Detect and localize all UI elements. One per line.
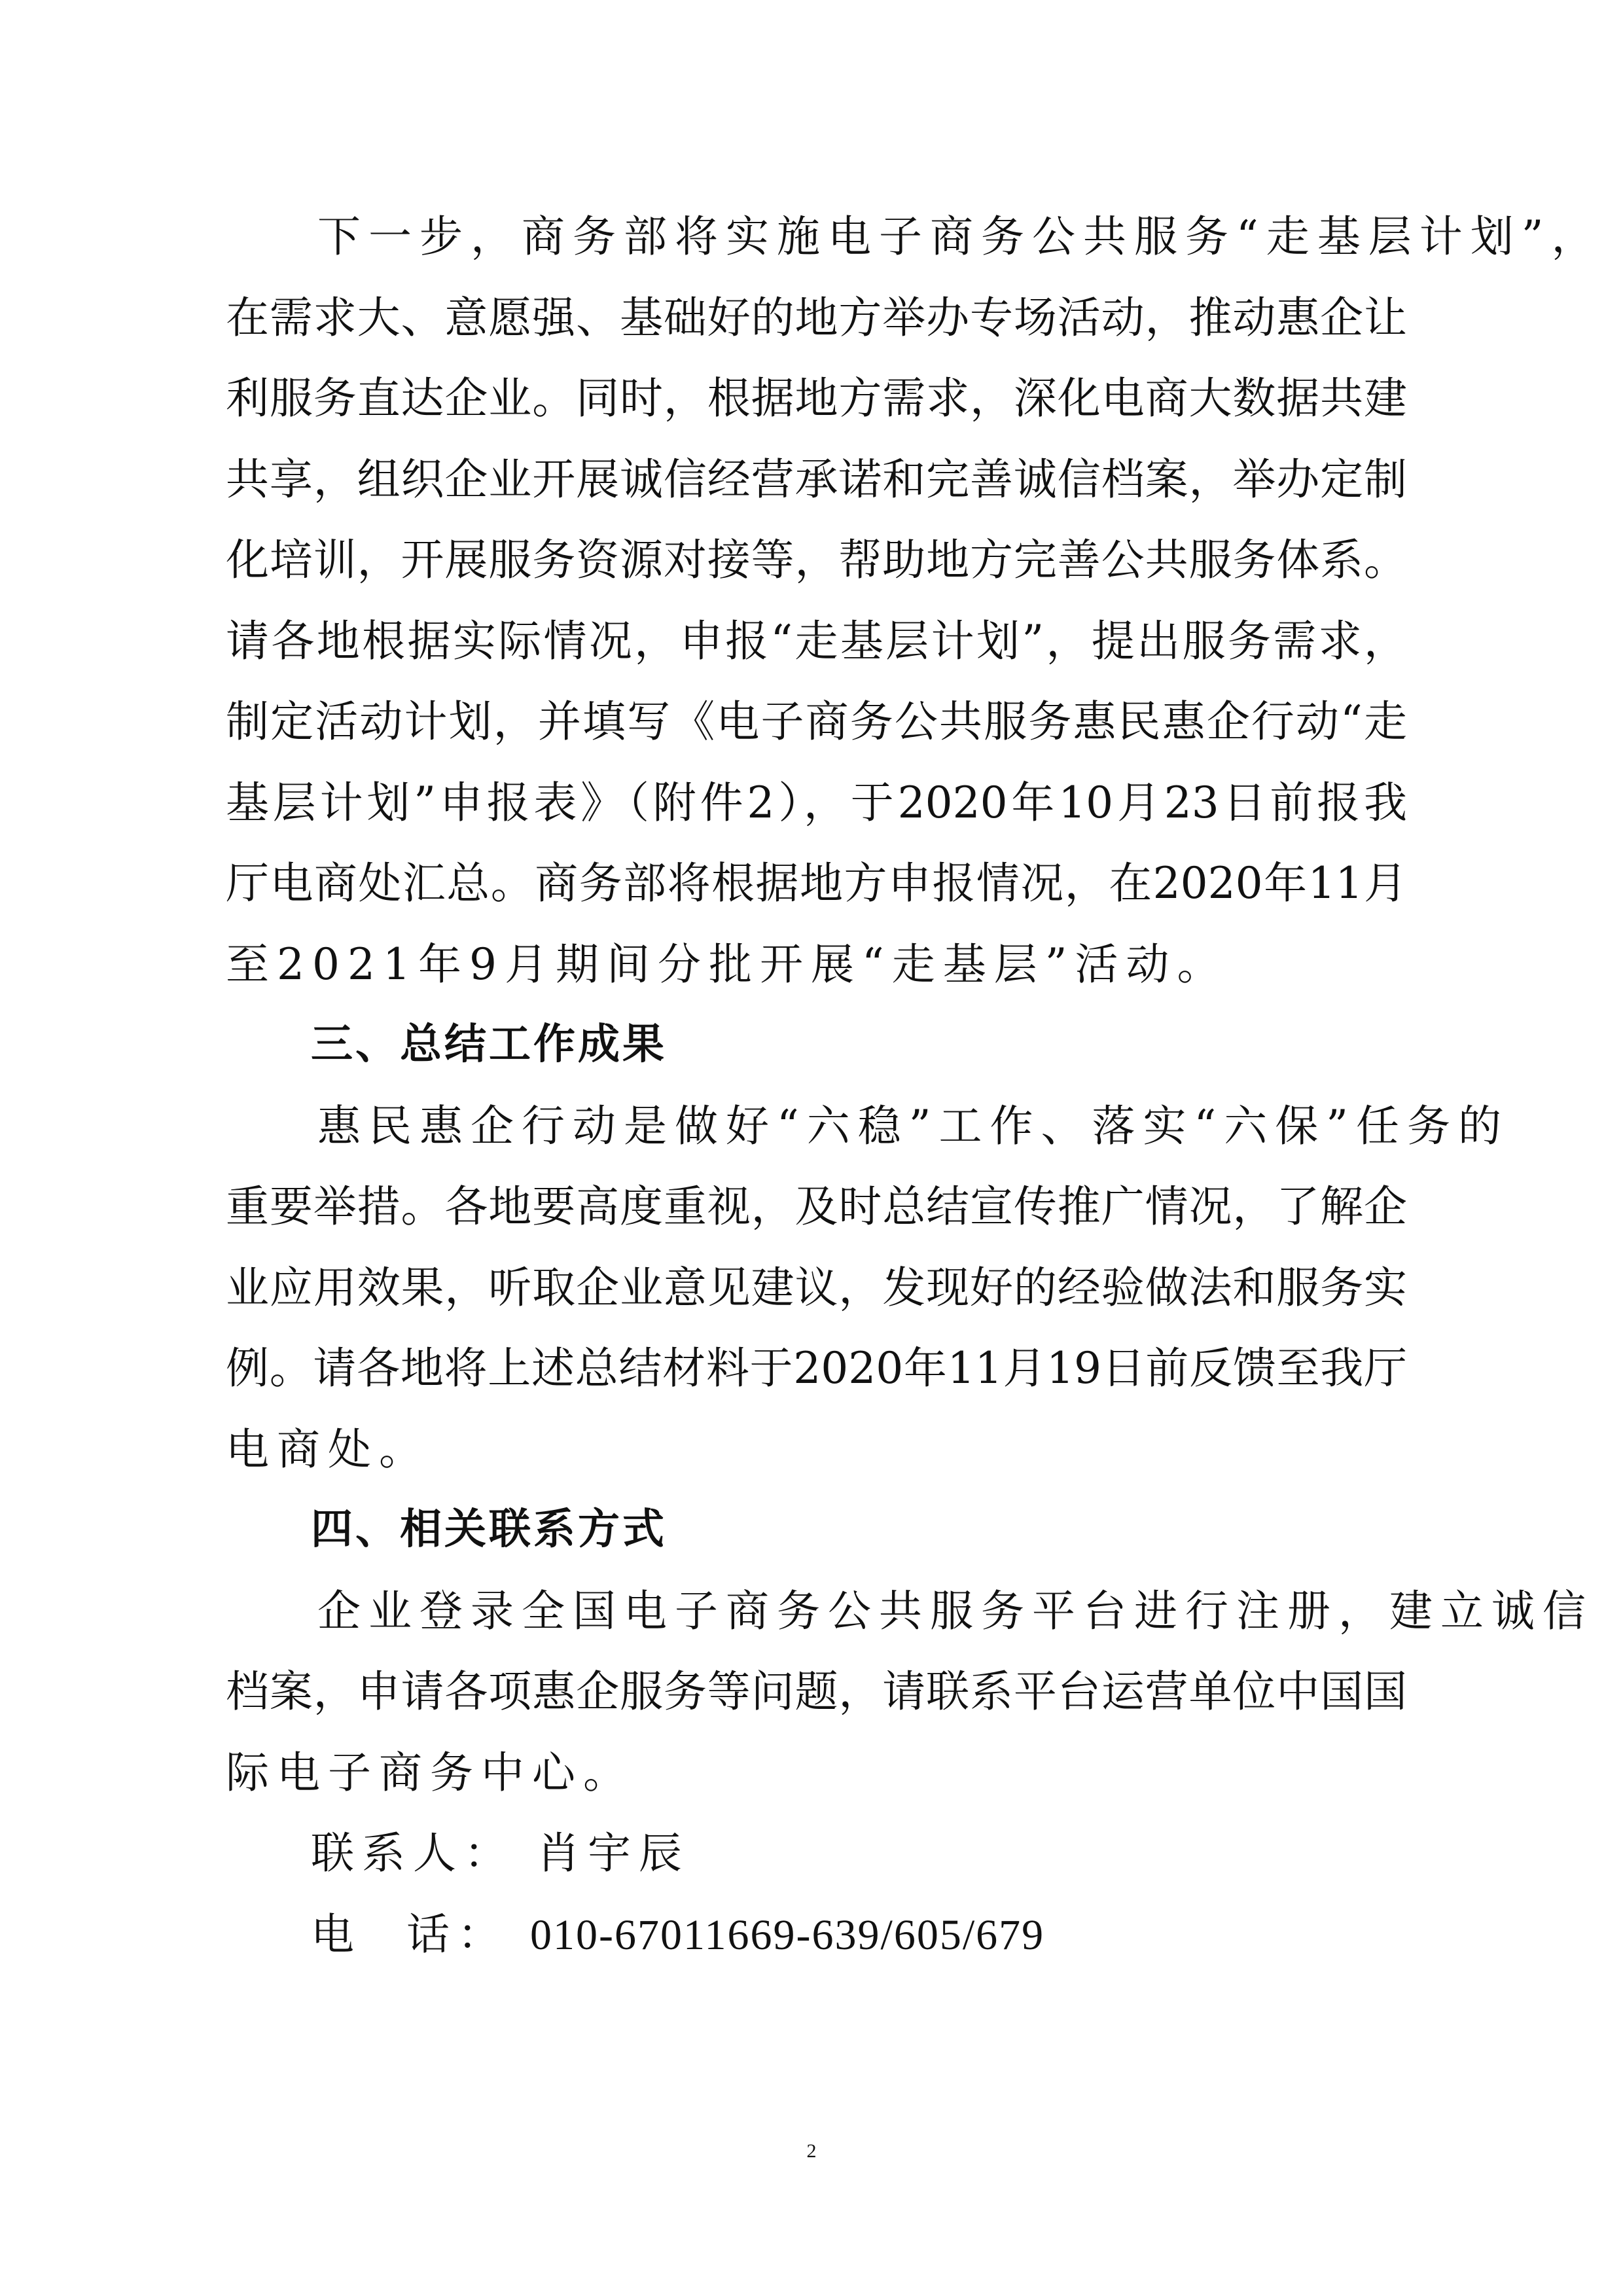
contact-phone: 电话： 010-67011669-639/605/679 (226, 1894, 1407, 1975)
text-line: 电商处。 (226, 1409, 1407, 1490)
text-line: 档案，申请各项惠企服务等问题，请联系平台运营单位中国国 (226, 1651, 1407, 1732)
section-heading-summary: 三、总结工作成果 (226, 1005, 1407, 1086)
paragraph-summary: 惠民惠企行动是做好“六稳”工作、落实“六保”任务的 重要举措。各地要高度重视，及… (226, 1086, 1407, 1490)
text-line: 共享，组织企业开展诚信经营承诺和完善诚信档案，举办定制 (226, 439, 1407, 520)
text-line: 企业登录全国电子商务公共服务平台进行注册，建立诚信 (226, 1571, 1407, 1652)
page-number: 2 (0, 2140, 1623, 2162)
text-line: 例。请各地将上述总结材料于2020年11月19日前反馈至我厅 (226, 1328, 1407, 1409)
text-line: 化培训，开展服务资源对接等，帮助地方完善公共服务体系。 (226, 520, 1407, 601)
text-line: 际电子商务中心。 (226, 1732, 1407, 1814)
text-line: 重要举措。各地要高度重视，及时总结宣传推广情况，了解企 (226, 1166, 1407, 1247)
text-line: 厅电商处汇总。商务部将根据地方申报情况，在2020年11月 (226, 843, 1407, 924)
phone-number: 010-67011669-639/605/679 (530, 1911, 1044, 1959)
section-heading-contact: 四、相关联系方式 (226, 1490, 1407, 1571)
paragraph-next-step: 下一步，商务部将实施电子商务公共服务“走基层计划”， 在需求大、意愿强、基础好的… (226, 196, 1407, 1005)
text-line: 业应用效果，听取企业意见建议，发现好的经验做法和服务实 (226, 1247, 1407, 1329)
text-line: 至2021年9月期间分批开展“走基层”活动。 (226, 924, 1407, 1005)
contact-person-label: 联系人： (311, 1828, 515, 1878)
phone-label-part2: 话： (406, 1909, 508, 1960)
document-page: 下一步，商务部将实施电子商务公共服务“走基层计划”， 在需求大、意愿强、基础好的… (0, 0, 1623, 2296)
text-line: 利服务直达企业。同时，根据地方需求，深化电商大数据共建 (226, 358, 1407, 439)
text-line: 基层计划”申报表》（附件2），于2020年10月23日前报我 (226, 762, 1407, 844)
text-line: 请各地根据实际情况，申报“走基层计划”，提出服务需求， (226, 601, 1407, 682)
text-line: 惠民惠企行动是做好“六稳”工作、落实“六保”任务的 (226, 1086, 1407, 1167)
paragraph-contact: 企业登录全国电子商务公共服务平台进行注册，建立诚信 档案，申请各项惠企服务等问题… (226, 1571, 1407, 1814)
text-line: 下一步，商务部将实施电子商务公共服务“走基层计划”， (226, 196, 1407, 278)
text-line: 制定活动计划，并填写《电子商务公共服务惠民惠企行动“走 (226, 681, 1407, 762)
document-body: 下一步，商务部将实施电子商务公共服务“走基层计划”， 在需求大、意愿强、基础好的… (226, 196, 1407, 1975)
text-line: 在需求大、意愿强、基础好的地方举办专场活动，推动惠企让 (226, 278, 1407, 359)
contact-person: 联系人： 肖宇辰 (226, 1813, 1407, 1894)
contact-person-name: 肖宇辰 (537, 1828, 690, 1878)
phone-label-part1: 电 (311, 1909, 406, 1960)
